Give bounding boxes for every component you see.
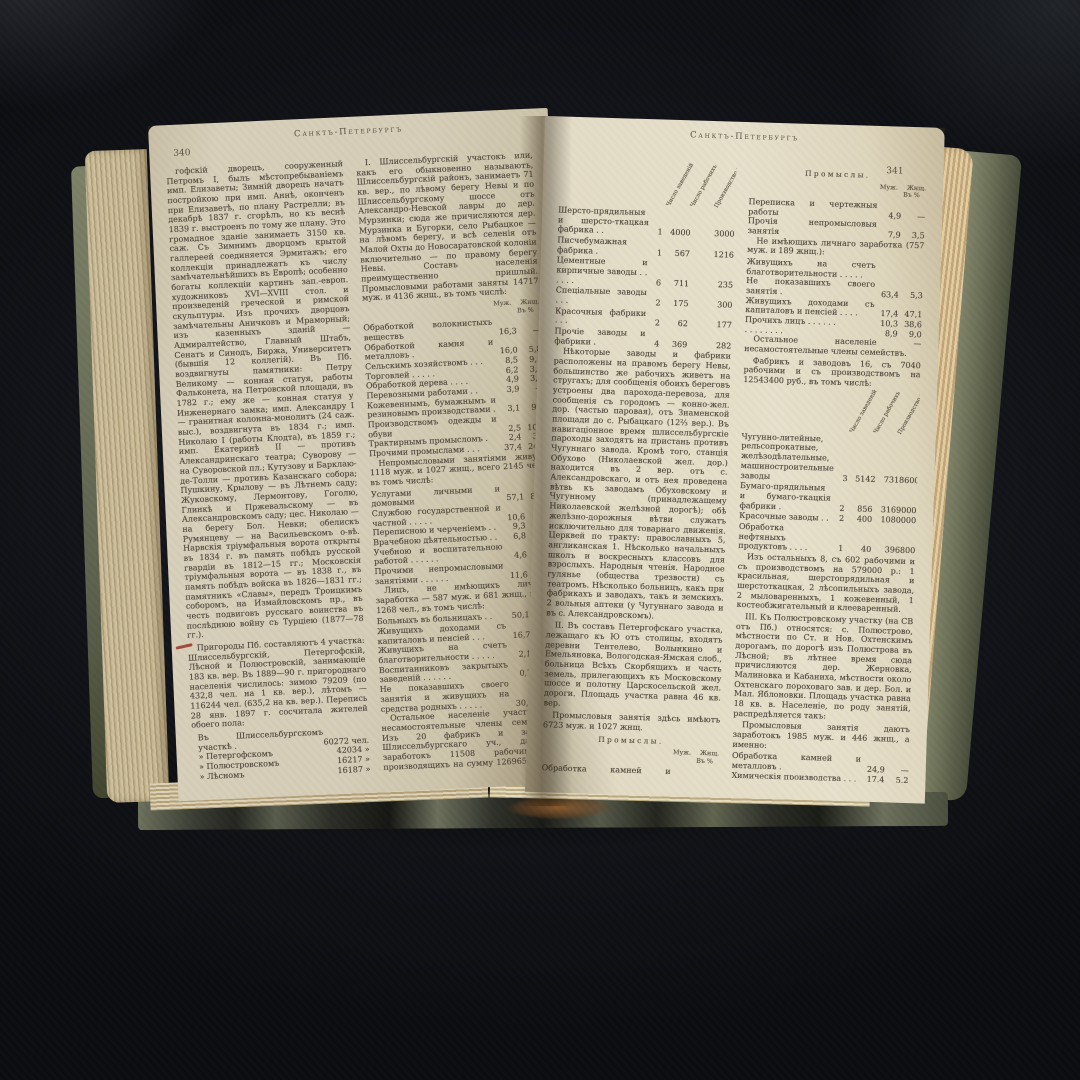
running-head-right: Санктъ-Петербургъ <box>560 126 928 147</box>
paragraph-district-2: II. Въ составъ Петергофскаго участка, ле… <box>543 620 723 712</box>
background-shape-top-left <box>0 0 240 120</box>
stat-men: 57,1 <box>500 493 524 504</box>
noearn-stat-list: Живущихъ на счетъ благотворительности . … <box>745 257 924 340</box>
factory-row: Шерсто-прядильныя и шерсто-ткацкая фабри… <box>557 205 735 239</box>
stat-women: 5,2 <box>884 775 908 783</box>
right-page-header: Санктъ-Петербургъ 341 <box>560 126 928 155</box>
factory-output: 1080000 <box>872 515 916 526</box>
factory-output: 3000 <box>690 229 734 240</box>
stat-men: 16,7 <box>506 630 530 641</box>
stat-label: Обработка камней и металловъ . <box>542 763 671 778</box>
factory-count: 2 <box>830 514 844 524</box>
crafts-stat-list: Обработка камней и металловъ . 24,9 — Хи… <box>731 751 909 783</box>
stat-women: 5,3 <box>899 291 923 301</box>
factory-label: Чугунно-литейные, рельсопрокатные, желѣз… <box>740 432 835 483</box>
rotated-column-header: Число заведеній <box>849 424 859 434</box>
factory-output: 396800 <box>871 545 915 556</box>
stat-men: 17,4 <box>860 774 884 783</box>
factory-output: 282 <box>687 340 731 351</box>
factory-count: 1 <box>829 544 843 554</box>
paragraph-palaces: гофскій дворецъ, сооруженный Петромъ I, … <box>166 159 364 640</box>
factory-table: Чугунно-литейные, рельсопрокатные, желѣз… <box>738 432 918 556</box>
left-page-column-1: гофскій дворецъ, сооруженный Петромъ I, … <box>166 159 371 780</box>
stat-men: 4,9 <box>877 211 901 221</box>
stat-women: — <box>901 211 925 221</box>
rotated-column-header: Число рабочихъ <box>873 425 883 435</box>
factory-count: 2 <box>830 503 844 513</box>
factory-row: Бумаго-прядильныя и бумаго-ткацкія фабри… <box>739 481 917 515</box>
left-page: 340 Санктъ-Петербургъ гофскій дворецъ, с… <box>148 108 578 801</box>
running-head-left: Санктъ-Петербургъ <box>164 119 532 146</box>
factory-count: 2 <box>646 298 660 308</box>
paragraph-rest-population: Остальное населеніе — несамостоятельные … <box>744 334 921 359</box>
paragraph-suburbs: Пригороды Пб. составляютъ 4 участка: Шли… <box>188 636 369 731</box>
page-number-left: 340 <box>173 148 191 159</box>
factory-count: 1 <box>648 248 662 258</box>
right-page-column-2: Промыслы. Муж. Жнщ. Въ % Переписка и чер… <box>731 164 926 783</box>
factory-workers: 369 <box>659 339 687 349</box>
paragraph-transport: Нѣкоторые заводы и фабрики расположены н… <box>546 347 731 623</box>
services-stat-list: Услугами личными и домовыми 57,1 85,8 Сл… <box>371 482 552 587</box>
population-list: Въ Шлиссельбургскомъ участкѣ . 60272 чел… <box>198 726 371 781</box>
factory-workers: 400 <box>844 514 872 524</box>
paragraph-crafts-count: Промысловыя занятія даютъ заработокъ 198… <box>732 720 910 754</box>
factory-output: 7318600 <box>875 474 919 485</box>
col-header-men: Муж. <box>493 300 511 308</box>
paragraph-factory-totals: Фабрикъ и заводовъ 16, съ 7040 рабочими … <box>743 356 921 390</box>
factory-label: Шерсто-прядильныя и шерсто-ткацкая фабри… <box>557 205 649 237</box>
population-row-value: 16187 » <box>337 764 370 775</box>
factory-output: 1216 <box>690 249 734 260</box>
factory-label: Цементные и кирпичные заводы . . . . . . <box>556 256 648 288</box>
factory-workers: 62 <box>660 319 688 329</box>
paragraph-district-1: I. Шлиссельбургскій участокъ или, какъ е… <box>356 151 539 304</box>
factory-workers: 40 <box>843 544 871 554</box>
factory-workers: 711 <box>661 278 689 288</box>
stat-women: — <box>516 325 540 336</box>
factory-label: Прочіе заводы и фабрики . <box>554 326 646 348</box>
stat-men: 63,4 <box>875 290 899 300</box>
paragraph-crafts-count: Промысловыя занятія здѣсь имѣютъ 6723 му… <box>543 710 720 735</box>
stat-men: 3,9 <box>495 384 519 395</box>
stat-women: 3,5 <box>900 231 924 241</box>
right-page-columns: Число заведенійЧисло рабочихъПроизводств… <box>542 158 928 783</box>
factory-label: Писчебумажная фабрика . <box>557 235 649 257</box>
stat-men: 50,1 <box>505 611 529 622</box>
factory-workers: 567 <box>662 248 690 258</box>
factory-count: 1 <box>648 227 662 237</box>
factory-output: 300 <box>688 299 732 310</box>
rotated-column-header: Производство въ тыс. руб. <box>714 199 724 209</box>
factory-workers: 4000 <box>662 228 690 238</box>
factory-label: Бумаго-прядильныя и бумаго-ткацкія фабри… <box>739 481 831 513</box>
factory-count: 6 <box>647 278 661 288</box>
photo-of-open-book: 340 Санктъ-Петербургъ гофскій дворецъ, с… <box>0 0 1080 1080</box>
rotated-column-header: Производство въ рубляхъ <box>897 426 907 436</box>
factory-output: 235 <box>689 279 733 290</box>
top-stat-list: Переписка и чертежныя работы 4,9 — Прочі… <box>748 197 926 241</box>
col-header-women: Жнщ. <box>520 299 539 307</box>
crafts-stat-list: Обработкой волокнистыхъ веществъ 16,3 — … <box>363 316 546 459</box>
factory-count: 4 <box>645 339 659 349</box>
factory-label: Красочныя фабрики . . . <box>555 306 647 328</box>
left-page-header: 340 Санктъ-Петербургъ <box>164 119 532 154</box>
factory-table-headers: Число заведенійЧисло рабочихъПроизводств… <box>558 160 726 207</box>
factory-output: 3169000 <box>872 504 916 515</box>
factory-count: 2 <box>646 318 660 328</box>
right-page-column-1: Число заведенійЧисло рабочихъПроизводств… <box>542 158 737 777</box>
factory-label: Спеціальные заводы . . . <box>555 286 647 308</box>
rotated-column-header: Число рабочихъ <box>690 199 700 209</box>
factory-row: Обработка нефтяныхъ продуктовъ . . . . 1… <box>738 522 916 556</box>
stat-men: 4,6 <box>503 551 527 562</box>
factory-count: 3 <box>833 473 847 483</box>
factory-label: Обработка нефтяныхъ продуктовъ . . . . <box>738 522 830 554</box>
stat-men: 16,3 <box>492 326 516 337</box>
factory-workers: 856 <box>844 504 872 514</box>
stat-men: 6,8 <box>502 531 526 542</box>
stat-men: 3,1 <box>496 404 520 415</box>
page-number-right: 341 <box>886 166 903 177</box>
paragraph-district-3: III. Къ Полюстровскому участку (на СВ от… <box>733 612 913 724</box>
col-header-men: Муж. <box>673 750 691 758</box>
left-page-columns: гофскій дворецъ, сооруженный Петромъ I, … <box>166 151 561 781</box>
stat-men: 30,7 <box>670 776 694 777</box>
factory-workers: 175 <box>660 299 688 309</box>
factory-row: Цементные и кирпичные заводы . . . . . .… <box>556 256 734 290</box>
right-page: Санктъ-Петербургъ 341 Число заведенійЧис… <box>525 116 945 804</box>
paragraph-remaining-factories: Изъ остальныхъ 8, съ 602 рабочими и съ п… <box>736 552 915 615</box>
factory-output: 177 <box>688 320 732 331</box>
rotated-column-header: Число заведеній <box>666 198 676 208</box>
stat-men: 7,9 <box>876 230 900 240</box>
factory-table: Шерсто-прядильныя и шерсто-ткацкая фабри… <box>554 205 735 351</box>
col-header-men: Муж. <box>880 184 898 192</box>
factory-row: Чугунно-литейные, рельсопрокатные, желѣз… <box>740 432 918 486</box>
factory-workers: 5142 <box>847 474 875 484</box>
factory-table-headers: Число заведенійЧисло рабочихъПроизводств… <box>742 387 910 434</box>
